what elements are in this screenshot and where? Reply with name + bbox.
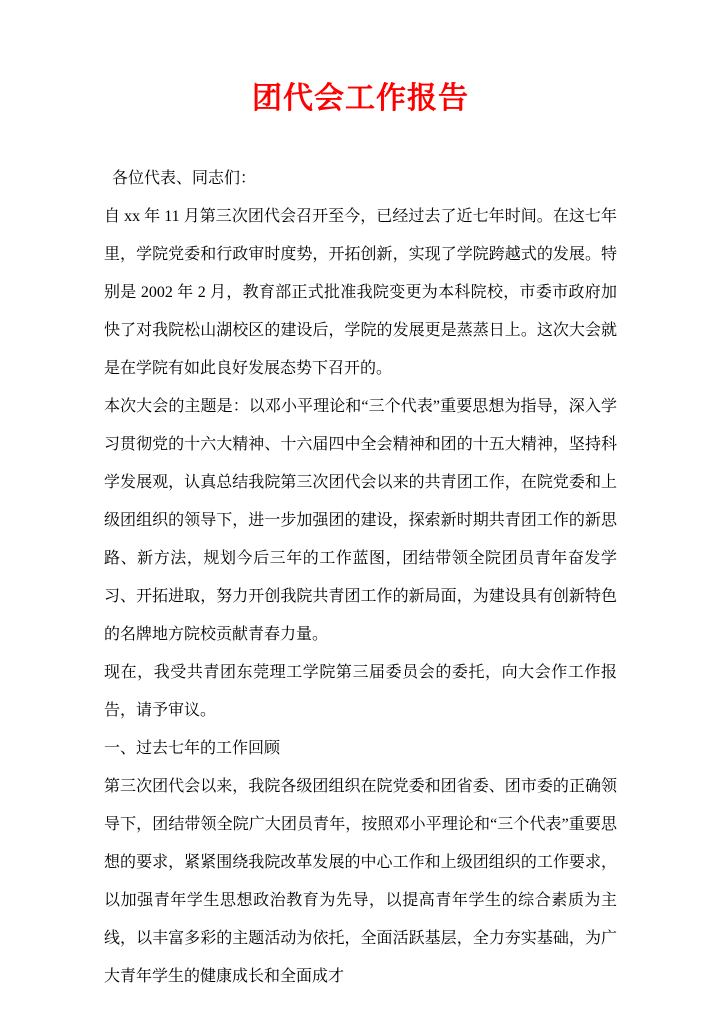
document-page: 团代会工作报告 各位代表、同志们： 自 xx 年 11 月第三次团代会召开至今，… xyxy=(0,0,721,1020)
paragraph-review-intro: 第三次团代会以来，我院各级团组织在院党委和团省委、团市委的正确领导下，团结带领全… xyxy=(104,768,617,996)
paragraph-theme: 本次大会的主题是：以邓小平理论和“三个代表”重要思想为指导，深入学习贯彻党的十六… xyxy=(104,388,617,654)
section-heading-review: 一、过去七年的工作回顾 xyxy=(104,730,617,768)
paragraph-commission: 现在，我受共青团东莞理工学院第三届委员会的委托，向大会作工作报告，请予审议。 xyxy=(104,654,617,730)
document-title: 团代会工作报告 xyxy=(104,0,617,122)
document-body: 各位代表、同志们： 自 xx 年 11 月第三次团代会召开至今，已经过去了近七年… xyxy=(104,160,617,996)
paragraph-intro: 自 xx 年 11 月第三次团代会召开至今，已经过去了近七年时间。在这七年里，学… xyxy=(104,198,617,388)
greeting-line: 各位代表、同志们： xyxy=(104,160,617,198)
